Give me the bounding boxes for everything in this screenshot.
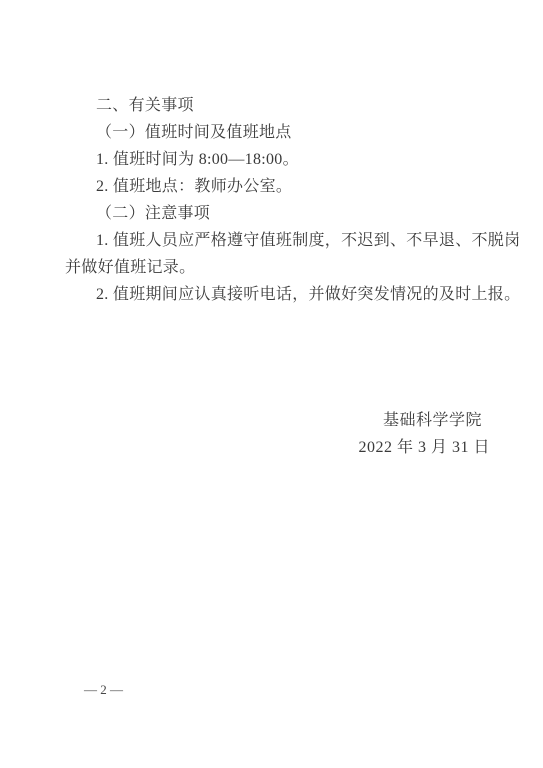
- section-heading: 二、有关事项: [65, 92, 527, 119]
- document-page: 二、有关事项 （一）值班时间及值班地点 1. 值班时间为 8:00—18:00。…: [0, 0, 543, 768]
- signoff-block: 基础科学学院 2022 年 3 月 31 日: [358, 407, 490, 461]
- duty-location-item: 2. 值班地点：教师办公室。: [65, 173, 527, 200]
- page-number: — 2 —: [84, 682, 123, 698]
- signoff-organization: 基础科学学院: [358, 407, 490, 434]
- note1-line2: 并做好值班记录。: [65, 254, 527, 281]
- signoff-date: 2022 年 3 月 31 日: [358, 434, 490, 461]
- note2: 2. 值班期间应认真接听电话，并做好突发情况的及时上报。: [65, 281, 527, 308]
- note1-line1: 1. 值班人员应严格遵守值班制度，不迟到、不早退、不脱岗: [65, 227, 527, 254]
- duty-time-item: 1. 值班时间为 8:00—18:00。: [65, 146, 527, 173]
- subsection2-heading: （二）注意事项: [65, 200, 527, 227]
- document-body: 二、有关事项 （一）值班时间及值班地点 1. 值班时间为 8:00—18:00。…: [65, 92, 527, 308]
- subsection1-heading: （一）值班时间及值班地点: [65, 119, 527, 146]
